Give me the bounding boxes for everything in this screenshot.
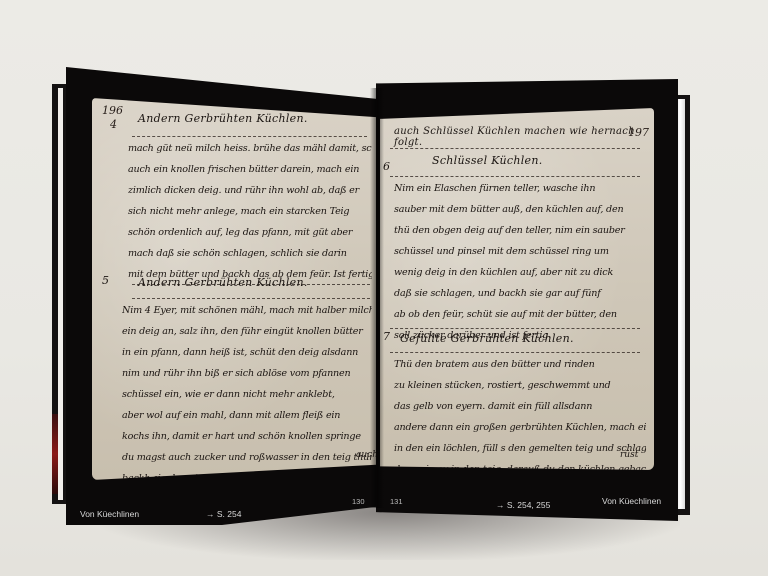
ms-line: ab ob den feür, schüt sie auf mit der bü… [394,304,644,325]
right-folio-number: 197 [628,126,649,139]
right-rule-1 [390,148,640,149]
right-top-line: auch Schlüssel Küchlen machen wie hernac… [394,126,654,148]
right-rule-3 [390,328,640,329]
back-cover-right [676,95,690,515]
right-heading-2: Gefüllte Gerbrühten Küchlen. [400,332,574,345]
ms-line: nim und rühr ihn biß er sich ablöse vom … [122,363,372,384]
ms-line: auch ein knollen frischen bütter darein,… [128,159,372,180]
ms-line: mach daß sie schön schlagen, schlich sie… [128,243,372,264]
ms-line: in den ein löchlen, füll s den gemelten … [394,438,646,459]
right-page-number: 131 [390,497,403,506]
left-footer-crossref: → S. 254 [206,509,241,519]
ms-line: schön ordenlich auf, leg das pfann, mit … [128,222,372,243]
left-page-number: 130 [352,497,365,506]
ms-line: in ein pfann, dann heiß ist, schüt den d… [122,342,372,363]
page-edge-left [58,88,63,500]
ms-line: aber wol auf ein mahl, dann mit allem fl… [122,405,372,426]
left-rule-1 [132,136,367,137]
left-text-block-1: mach güt neü milch heiss. brühe das mähl… [128,138,372,285]
ms-line: Nim 4 Eyer, mit schönen mähl, mach mit h… [122,300,372,321]
right-rule-2 [390,176,640,177]
left-text-block-2: Nim 4 Eyer, mit schönen mähl, mach mit h… [122,300,372,489]
right-rule-4 [390,352,640,353]
right-footer-crossref: → S. 254, 255 [496,500,550,510]
left-margin-number-5: 5 [102,274,109,287]
ms-line: das gelb von eyern. damit ein füll allsd… [394,396,646,417]
ms-line: daß sie schlagen, und backh sie gar auf … [394,283,644,304]
ms-line: schüssel und pinsel mit dem schüssel rin… [394,241,644,262]
right-heading-1: Schlüssel Küchlen. [432,154,543,167]
ms-line: andere dann ein großen gerbrühten Küchle… [394,417,646,438]
book-spine-gutter [370,88,384,508]
ms-line: mach güt neü milch heiss. brühe das mähl… [128,138,372,159]
right-text-block-1: Nim ein Elaschen fürnen teller, wasche i… [394,178,644,346]
ms-line: sich nicht mehr anlege, mach ein starcke… [128,201,372,222]
left-manuscript-facsimile: 196 4 Andern Gerbrühten Küchlen. mach gü… [92,98,376,480]
left-footer-title: Von Küechlinen [80,509,139,519]
ms-line: kochs ihn, damit er hart und schön knoll… [122,426,372,447]
right-catchword: rüst [620,450,638,460]
ms-line: Nim ein Elaschen fürnen teller, wasche i… [394,178,644,199]
ms-line: wenig deig in den küchlen auf, aber nit … [394,262,644,283]
ms-line: thü den obgen deig auf den teller, nim e… [394,220,644,241]
ms-line: Thü den bratem aus den bütter und rinden [394,354,646,375]
ms-line: zu kleinen stücken, rostiert, geschwemmt… [394,375,646,396]
ms-line: zimlich dicken deig. und rühr ihn wohl a… [128,180,372,201]
left-heading-2: Andern Gerbrühten Küchlen. [138,276,308,289]
back-cover-left [52,84,68,504]
left-folio-number: 196 [102,104,123,117]
ms-line: schüssel ein, wie er dann nicht mehr ank… [122,384,372,405]
left-folio-sub: 4 [110,118,117,131]
left-heading-1: Andern Gerbrühten Küchlen. [138,112,308,125]
ms-line: ein deig an, salz ihn, den führ eingüt k… [122,321,372,342]
right-footer-title: Von Küechlinen [602,496,661,506]
left-rule-3 [132,298,370,299]
ms-line: du magst auch zucker und roßwasser in de… [122,447,372,468]
red-cover-edge [52,414,58,494]
right-text-block-2: Thü den bratem aus den bütter und rinden… [394,354,646,480]
right-margin-number-6: 6 [383,160,390,173]
right-manuscript-facsimile: auch Schlüssel Küchlen machen wie hernac… [380,108,654,470]
ms-line: sauber mit dem bütter auß, den küchlen a… [394,199,644,220]
right-margin-number-7: 7 [383,330,390,343]
